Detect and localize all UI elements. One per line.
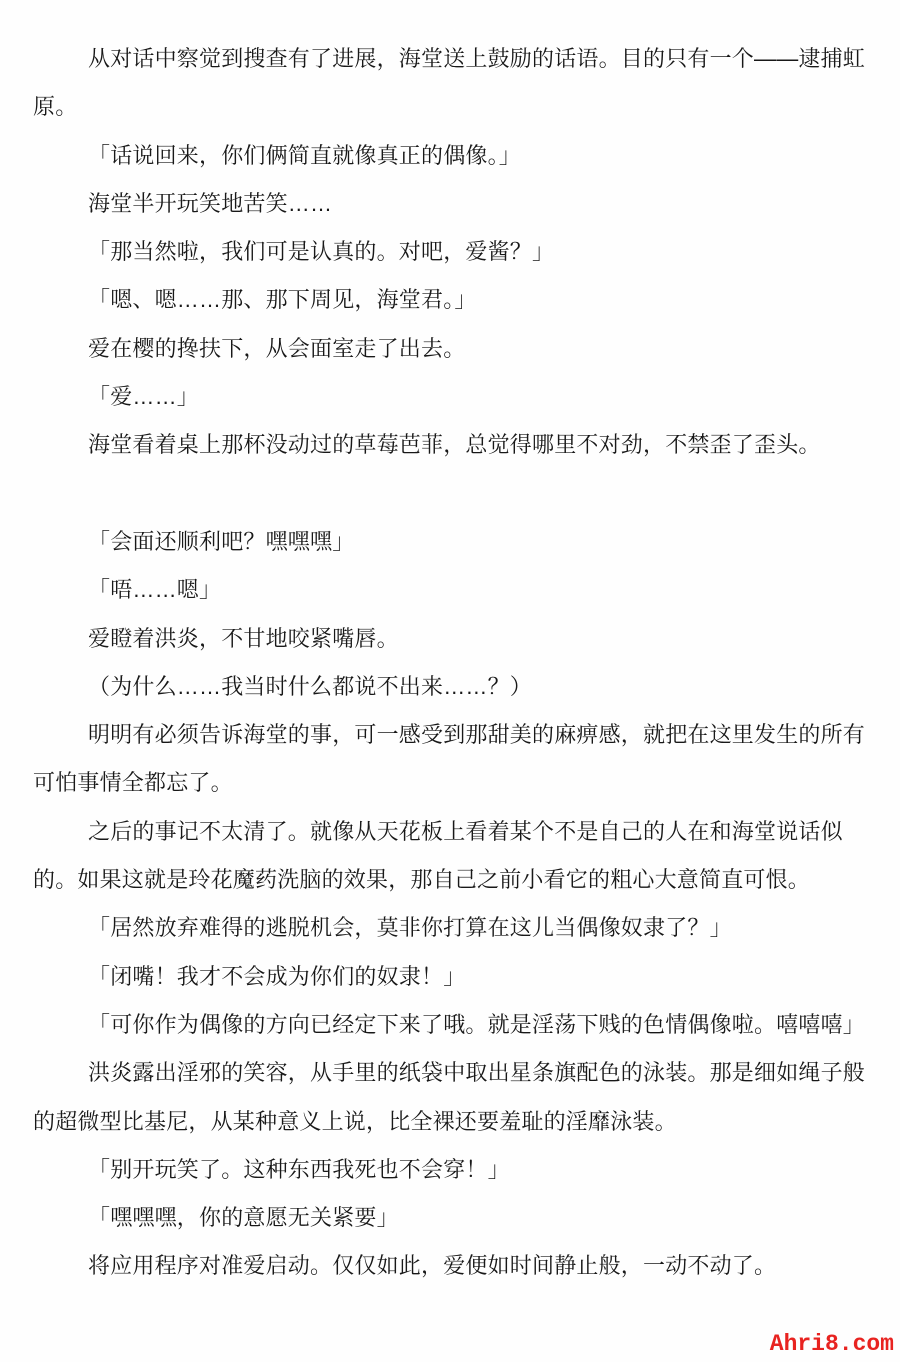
- paragraph: 明明有必须告诉海堂的事，可一感受到那甜美的麻痹感，就把在这里发生的所有可怕事情全…: [33, 711, 873, 808]
- novel-page: 从对话中察觉到搜查有了进展，海堂送上鼓励的话语。目的只有一个——逮捕虹原。「话说…: [0, 0, 900, 1362]
- paragraph: 「会面还顺利吧？嘿嘿嘿」: [33, 518, 873, 566]
- paragraph: 将应用程序对准爱启动。仅仅如此，爱便如时间静止般，一动不动了。: [33, 1242, 873, 1290]
- paragraph: 「可你作为偶像的方向已经定下来了哦。就是淫荡下贱的色情偶像啦。嘻嘻嘻」: [33, 1001, 873, 1049]
- paragraph: 「唔……嗯」: [33, 566, 873, 614]
- paragraph: 海堂半开玩笑地苦笑……: [33, 180, 873, 228]
- paragraph: 之后的事记不太清了。就像从天花板上看着某个不是自己的人在和海堂说话似的。如果这就…: [33, 808, 873, 905]
- site-watermark: Ahri8.com: [770, 1331, 894, 1357]
- paragraph: 「闭嘴！我才不会成为你们的奴隶！」: [33, 953, 873, 1001]
- paragraph: 从对话中察觉到搜查有了进展，海堂送上鼓励的话语。目的只有一个——逮捕虹原。: [33, 35, 873, 132]
- blank-line: [33, 470, 873, 518]
- paragraph: 「居然放弃难得的逃脱机会，莫非你打算在这儿当偶像奴隶了？」: [33, 904, 873, 952]
- paragraph: 海堂看着桌上那杯没动过的草莓芭菲，总觉得哪里不对劲，不禁歪了歪头。: [33, 421, 873, 469]
- paragraph: 洪炎露出淫邪的笑容，从手里的纸袋中取出星条旗配色的泳装。那是细如绳子般的超微型比…: [33, 1049, 873, 1146]
- paragraph: 爱在樱的搀扶下，从会面室走了出去。: [33, 325, 873, 373]
- paragraph: 「嗯、嗯……那、那下周见，海堂君。」: [33, 276, 873, 324]
- paragraph: 「别开玩笑了。这种东西我死也不会穿！」: [33, 1146, 873, 1194]
- paragraph: 「嘿嘿嘿，你的意愿无关紧要」: [33, 1194, 873, 1242]
- paragraph: 「那当然啦，我们可是认真的。对吧，爱酱？」: [33, 228, 873, 276]
- paragraph: 「爱……」: [33, 373, 873, 421]
- document-body: 从对话中察觉到搜查有了进展，海堂送上鼓励的话语。目的只有一个——逮捕虹原。「话说…: [0, 0, 900, 1291]
- paragraph: 爱瞪着洪炎，不甘地咬紧嘴唇。: [33, 615, 873, 663]
- paragraph: 「话说回来，你们俩简直就像真正的偶像。」: [33, 132, 873, 180]
- paragraph: （为什么……我当时什么都说不出来……？）: [33, 663, 873, 711]
